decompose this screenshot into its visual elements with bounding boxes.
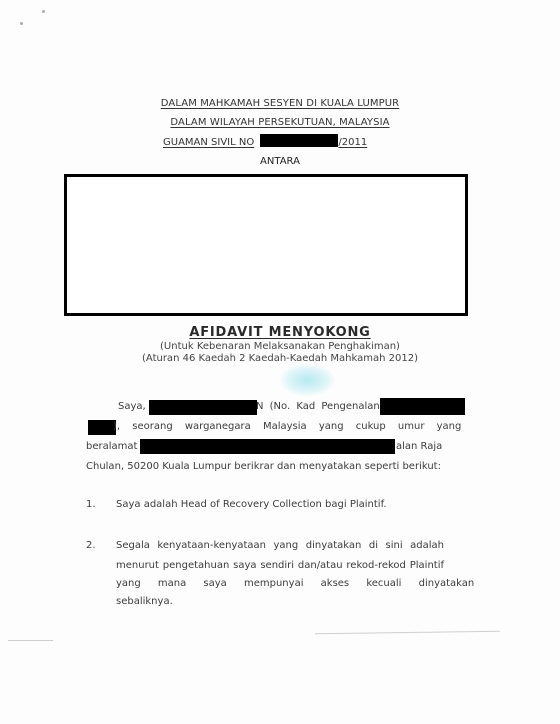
parties-redaction-box: [64, 174, 468, 316]
ic-number-redaction-cont: [88, 420, 116, 435]
case-suffix: /2011: [338, 137, 367, 148]
paragraph-1-number: 1.: [86, 499, 96, 510]
scan-speck: [20, 22, 23, 25]
intro-line-1: Saya,: [118, 401, 146, 412]
scan-artifact-line: [315, 631, 500, 635]
court-line-1: DALAM MAHKAMAH SESYEN DI KUALA LUMPUR: [0, 98, 560, 109]
ink-smudge: [280, 364, 335, 396]
intro-line-4: Chulan, 50200 Kuala Lumpur berikrar dan …: [86, 461, 441, 472]
scan-speck: [42, 10, 45, 13]
between-label: ANTARA: [0, 156, 560, 167]
court-line-2: DALAM WILAYAH PERSEKUTUAN, MALAYSIA: [0, 117, 560, 128]
document-subtitle-2: (Aturan 46 Kaedah 2 Kaedah-Kaedah Mahkam…: [0, 353, 560, 364]
intro-line-1-cont: N (No. Kad Pengenalan: [256, 401, 380, 412]
name-redaction: [149, 400, 257, 415]
paragraph-2-line-4: sebaliknya.: [116, 596, 173, 607]
case-prefix: GUAMAN SIVIL NO: [163, 137, 254, 148]
paragraph-2-line-2: menurut pengetahuan saya sendiri dan/ata…: [116, 560, 444, 571]
intro-line-3: beralamat: [86, 441, 137, 452]
paragraph-1-line-1: Saya adalah Head of Recovery Collection …: [116, 499, 387, 510]
address-redaction: [140, 439, 395, 454]
scan-artifact-line: [8, 640, 53, 641]
ic-number-redaction: [380, 398, 465, 415]
case-number-redaction: [260, 134, 338, 147]
document-title: AFIDAVIT MENYOKONG: [0, 325, 560, 340]
intro-line-3-cont: alan Raja: [396, 441, 442, 452]
intro-line-2: ), seorang warganegara Malaysia yang cuk…: [113, 421, 461, 432]
paragraph-2-number: 2.: [86, 540, 96, 551]
document-subtitle-1: (Untuk Kebenaran Melaksanakan Penghakima…: [0, 341, 560, 352]
paragraph-2-line-3: yang mana saya mempunyai akses kecuali d…: [116, 578, 444, 589]
case-number: GUAMAN SIVIL NO /2011: [163, 134, 367, 148]
paragraph-2-line-1: Segala kenyataan-kenyataan yang dinyatak…: [116, 540, 444, 551]
